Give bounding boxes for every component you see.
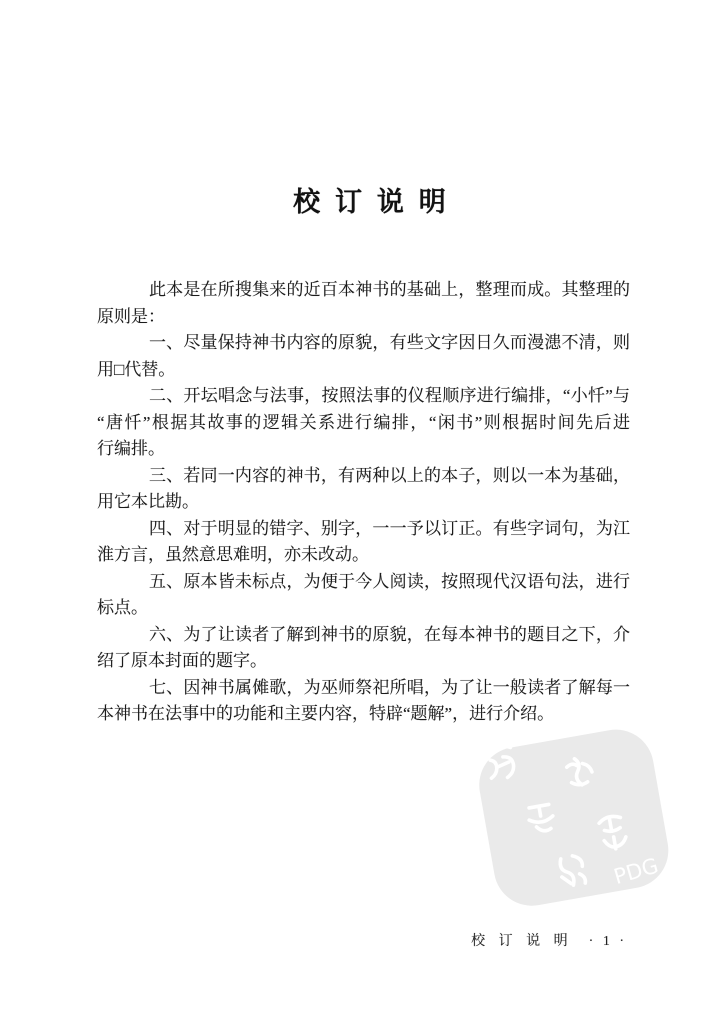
text-line: 行编排。 xyxy=(97,436,630,463)
paragraph: 四、对于明显的错字、别字，一一予以订正。有些字词句，为江 淮方言，虽然意思难明，… xyxy=(97,516,630,569)
text-line: 此本是在所搜集来的近百本神书的基础上，整理而成。其整理的 xyxy=(97,277,630,304)
text-line: 原则是： xyxy=(97,304,630,331)
pdg-label: PDG xyxy=(611,854,661,890)
paragraph: 五、原本皆未标点，为便于今人阅读，按照现代汉语句法，进行 标点。 xyxy=(97,569,630,622)
text-line: “唐忏”根据其故事的逻辑关系进行编排，“闲书”则根据时间先后进 xyxy=(97,410,630,437)
text-line: 七、因神书属傩歌，为巫师祭祀所唱，为了让一般读者了解每一 xyxy=(97,675,630,702)
footer-page-number: · 1 · xyxy=(589,934,627,950)
text-line: 用它本比勘。 xyxy=(97,489,630,516)
text-line: 四、对于明显的错字、别字，一一予以订正。有些字词句，为江 xyxy=(97,516,630,543)
library-watermark: PDG xyxy=(452,722,692,917)
paragraph: 七、因神书属傩歌，为巫师祭祀所唱，为了让一般读者了解每一 本神书在法事中的功能和… xyxy=(97,675,630,728)
text-line: 标点。 xyxy=(97,595,630,622)
text-line: 用□代替。 xyxy=(97,357,630,384)
paragraph: 三、若同一内容的神书，有两种以上的本子，则以一本为基础， 用它本比勘。 xyxy=(97,463,630,516)
page-footer: 校 订 说 明 · 1 · xyxy=(471,930,627,950)
watermark-blob xyxy=(473,724,674,912)
text-line: 淮方言，虽然意思难明，亦未改动。 xyxy=(97,542,630,569)
paragraph: 六、为了让读者了解到神书的原貌，在每本神书的题目之下，介 绍了原本封面的题字。 xyxy=(97,622,630,675)
text-line: 一、尽量保持神书内容的原貌，有些文字因日久而漫漶不清，则 xyxy=(97,330,630,357)
paragraph: 此本是在所搜集来的近百本神书的基础上，整理而成。其整理的 原则是： xyxy=(97,277,630,330)
text-line: 五、原本皆未标点，为便于今人阅读，按照现代汉语句法，进行 xyxy=(97,569,630,596)
seal-script-glyphs xyxy=(486,745,627,887)
body-text: 此本是在所搜集来的近百本神书的基础上，整理而成。其整理的 原则是： 一、尽量保持… xyxy=(97,277,630,728)
text-line: 三、若同一内容的神书，有两种以上的本子，则以一本为基础， xyxy=(97,463,630,490)
text-line: 本神书在法事中的功能和主要内容，特辟“题解”，进行介绍。 xyxy=(97,701,630,728)
book-page: 校订说明 此本是在所搜集来的近百本神书的基础上，整理而成。其整理的 原则是： 一… xyxy=(0,0,724,1024)
text-line: 绍了原本封面的题字。 xyxy=(97,648,630,675)
footer-section-label: 校 订 说 明 xyxy=(471,930,573,950)
text-line: 二、开坛唱念与法事，按照法事的仪程顺序进行编排，“小忏”与 xyxy=(97,383,630,410)
page-title: 校订说明 xyxy=(0,180,724,219)
paragraph: 二、开坛唱念与法事，按照法事的仪程顺序进行编排，“小忏”与 “唐忏”根据其故事的… xyxy=(97,383,630,463)
text-line: 六、为了让读者了解到神书的原貌，在每本神书的题目之下，介 xyxy=(97,622,630,649)
paragraph: 一、尽量保持神书内容的原貌，有些文字因日久而漫漶不清，则 用□代替。 xyxy=(97,330,630,383)
